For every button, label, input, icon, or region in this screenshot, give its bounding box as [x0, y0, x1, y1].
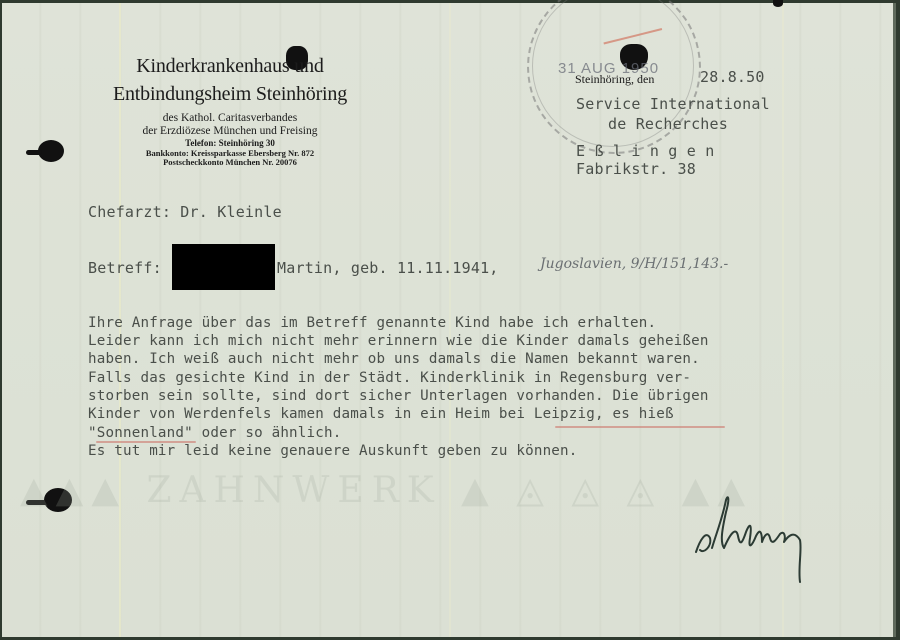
- red-underline-heim-leipzig: [555, 426, 725, 428]
- subject-label: Betreff:: [88, 259, 162, 277]
- body-line-6: Kinder von Werdenfels kamen damals in ei…: [88, 406, 674, 422]
- chief-physician: Chefarzt: Dr. Kleinle: [88, 203, 282, 221]
- letter-date: 28.8.50: [700, 68, 765, 86]
- redaction-box: [172, 244, 275, 290]
- letterhead-title-line2: Entbindungsheim Steinhöring: [70, 80, 390, 108]
- letterhead-phone: Telefon: Steinhöring 30: [70, 138, 390, 149]
- letterhead-sub-line2: der Erzdiözese München und Freising: [70, 125, 390, 138]
- handwritten-reference: Jugoslavien, 9/H/151,143.-: [540, 256, 728, 272]
- body-line-4: Falls das gesichte Kind in der Städt. Ki…: [88, 370, 691, 386]
- place-label: Steinhöring, den: [575, 72, 654, 87]
- body-line-5: storben sein sollte, sind dort sicher Un…: [88, 388, 709, 404]
- letterhead-postcheck: Postscheckkonto München Nr. 20076: [70, 158, 390, 168]
- body-line-3: haben. Ich weiß auch nicht mehr ob uns d…: [88, 351, 700, 367]
- punch-hole: [773, 0, 783, 7]
- body-line-8: Es tut mir leid keine genauere Auskunft …: [88, 443, 578, 459]
- letterhead: Kinderkrankenhaus und Entbindungsheim St…: [70, 52, 390, 168]
- recipient-line3: E ß l i n g e n: [576, 142, 714, 160]
- body-line-1: Ihre Anfrage über das im Betreff genannt…: [88, 315, 656, 331]
- subject-name: Martin, geb. 11.11.1941,: [277, 259, 499, 277]
- letterhead-sub-line1: des Kathol. Caritasverbandes: [70, 112, 390, 125]
- letterhead-title-line1: Kinderkrankenhaus und: [70, 52, 390, 80]
- punch-hole-tail: [26, 150, 42, 155]
- recipient-line2: de Recherches: [608, 115, 728, 133]
- body-line-7: "Sonnenland" oder so ähnlich.: [88, 425, 342, 441]
- signature: [690, 490, 840, 590]
- body-line-2: Leider kann ich mich nicht mehr erinnern…: [88, 333, 709, 349]
- recipient-line4: Fabrikstr. 38: [576, 160, 696, 178]
- recipient-line1: Service International: [576, 95, 770, 113]
- red-underline-sonnenland: [96, 441, 196, 443]
